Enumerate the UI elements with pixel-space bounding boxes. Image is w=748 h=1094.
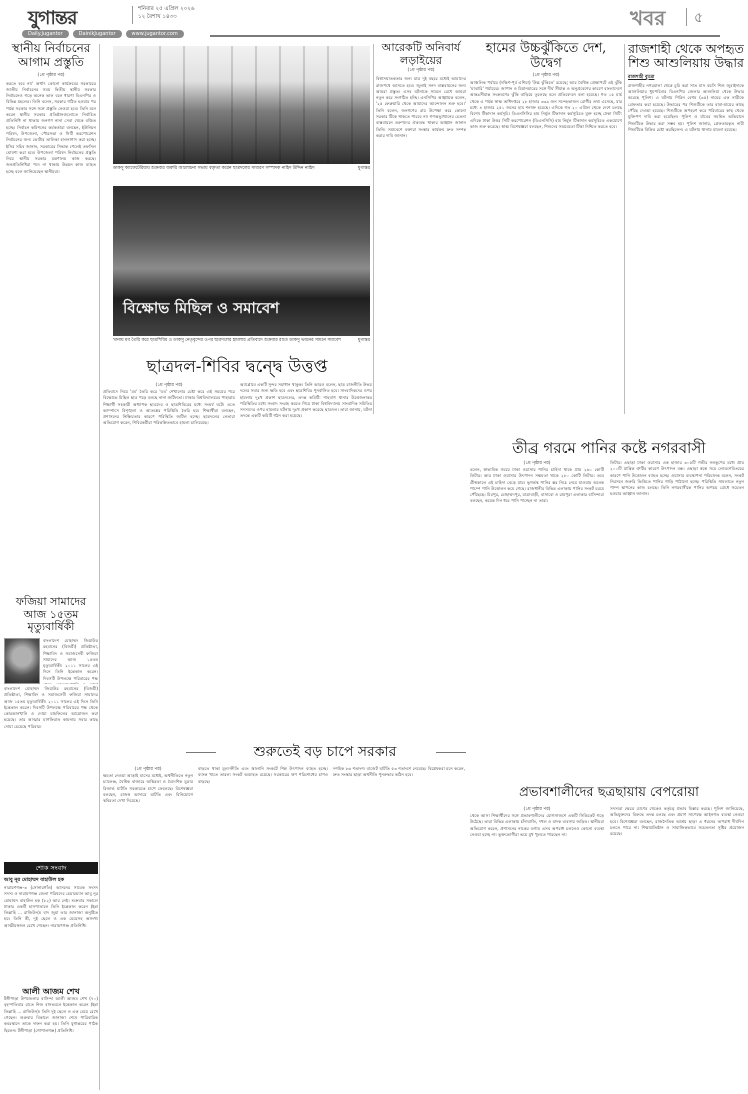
article-rajshahi: রাজশাহী থেকে অপহৃত শিশু আশুলিয়ায় উদ্ধা… xyxy=(628,42,744,413)
headline-campus-clash: ছাত্রদল-শিবির দ্বন্দ্বে উত্তপ্ত xyxy=(103,358,371,378)
article-local-election: স্থানীয় নির্বাচনের আগাম প্রস্তুতি (১ম প… xyxy=(6,42,96,581)
headline-influential: প্রভাবশালীদের ছত্রছায়ায় বেপরোয়া xyxy=(470,786,748,801)
photo-meeting xyxy=(113,46,370,164)
section-divider xyxy=(686,8,687,26)
column-divider xyxy=(373,44,374,414)
column-divider xyxy=(99,44,100,1090)
article-body: দশমিক ৮৬ শতাংশ। বাজেট ঘাটতি ৫৩ শতাংশে নে… xyxy=(333,766,465,1088)
photo-credit: যুগান্তর xyxy=(358,338,370,344)
article-campus-clash-left: (১ম পৃষ্ঠার পর) প্রতিবাদে নিয়ে 'মব' তৈর… xyxy=(103,382,235,729)
article-body: বাড়তে থাকা মূল্যস্ফীতি এবং জ্বালানি সংক… xyxy=(198,766,328,1088)
obituary-title: আবু নূর মোহাম্মদ বাহাউল হক xyxy=(4,877,98,885)
facebook-link[interactable]: Daily.Jugantor xyxy=(22,30,69,38)
photo-caption: ডাকসু ক্যাফেটেরিয়ায় শুক্রবার জরুরি আলো… xyxy=(113,166,370,172)
condolence-box-title: শোক সংবাদ xyxy=(4,862,98,874)
article-body: ক্ষমতা নেওয়া আড়াই মাসের মধ্যেই, অর্থনী… xyxy=(103,773,193,1089)
headline: স্থানীয় নির্বাচনের আগাম প্রস্তুতি xyxy=(6,42,96,70)
masthead-date: শনিবার ২৫ এপ্রিল ২০২৬ ১২ বৈশাখ ১৪৩৩ xyxy=(138,5,194,21)
obituary-body: নারায়ণগঞ্জ-৩ (সোনারগাঁও) আসনের সাবেক সং… xyxy=(4,885,98,985)
article-body: রাজশাহীর নগরমালা থেকে চুরি করা সাত মাস ব… xyxy=(628,83,744,413)
article-body: অ্যাপ্লোবে একটি সুন্দর সমাধান থাকুক। তিন… xyxy=(240,382,372,728)
article-body: প্রতিবাদে নিয়ে 'মব' তৈরি করে 'ডব' শেখান… xyxy=(103,389,235,729)
photo-caption: খানায় মব তৈরি করে ছাত্রশিবির ও ডাকসু নে… xyxy=(113,338,370,344)
banner-text: বিক্ষোভ মিছিল ও সমাবেশ xyxy=(123,297,279,322)
article-body: থেকে আসা শিক্ষার্থীদের সঙ্গে প্রভাবশালীদ… xyxy=(470,813,604,1089)
article-body-continued: বাংলাদেশ মোহাম্মদ জিয়াউর রহমানের (বিজয়… xyxy=(4,686,98,826)
continued-label: (১ম পৃষ্ঠার পর) xyxy=(6,72,96,79)
continued-label: (১ম পৃষ্ঠার পর) xyxy=(103,382,235,389)
website-link[interactable]: www.jugantor.com xyxy=(126,30,184,38)
page-number: ৫ xyxy=(694,6,703,30)
headline-rule xyxy=(436,752,466,753)
article-pressure-col3: দশমিক ৮৬ শতাংশ। বাজেট ঘাটতি ৫৩ শতাংশে নে… xyxy=(333,766,465,1088)
article-body: লিটার। এছাড়া ঢাকা ওয়াসার এক হাজার ৩০৫ট… xyxy=(610,460,744,756)
obituary-title: আলী আজম শেখ xyxy=(4,987,98,996)
gregorian-date: শনিবার ২৫ এপ্রিল ২০২৬ xyxy=(138,5,194,13)
portrait-photo xyxy=(4,638,40,684)
continued-label: (১ম পৃষ্ঠার পর) xyxy=(470,806,604,813)
continued-label: (১ম পৃষ্ঠার পর) xyxy=(103,766,193,773)
article-another-fight: আরেকটি অনিবার্য লড়াইয়ের (১ম পৃষ্ঠার পর… xyxy=(376,42,466,456)
headline: ফজিয়া সামাদের আজ ১৫তম মৃত্যুবার্ষিকী xyxy=(4,596,98,634)
caption-text: খানায় মব তৈরি করে ছাত্রশিবির ও ডাকসু নে… xyxy=(113,338,341,343)
article-body: বলেন, স্বাভাবিক সময়ে ঢাকা ওয়াসার পানির… xyxy=(470,467,604,757)
bengali-date: ১২ বৈশাখ ১৪৩৩ xyxy=(138,13,194,21)
headline: রাজশাহী থেকে অপহৃত শিশু আশুলিয়ায় উদ্ধা… xyxy=(628,42,744,71)
article-pressure-col2: বাড়তে থাকা মূল্যস্ফীতি এবং জ্বালানি সংক… xyxy=(198,766,328,1088)
caption-text: ডাকসু ক্যাফেটেরিয়ায় শুক্রবার জরুরি আলো… xyxy=(113,166,315,171)
headline-heat-water: তীব্র গরমে পানির কষ্টে নগরবাসী xyxy=(470,440,748,457)
condolence-section: শোক সংবাদ আবু নূর মোহাম্মদ বাহাউল হক নার… xyxy=(4,862,98,1086)
article-heat-left: (১ম পৃষ্ঠার পর) বলেন, স্বাভাবিক সময়ে ঢা… xyxy=(470,460,604,757)
article-body: করতে হবে না।' অর্থাৎ কোনো কার্যক্রমের সর… xyxy=(6,81,96,581)
article-body: সদস্যরা ক্ষেত্রে ত্রাণের থেকেও কর্তৃত্বে… xyxy=(610,806,744,1088)
headline: আরেকটি অনিবার্য লড়াইয়ের xyxy=(376,42,466,67)
article-heat-right: লিটার। এছাড়া ঢাকা ওয়াসার এক হাজার ৩০৫ট… xyxy=(610,460,744,756)
continued-label: (১ম পৃষ্ঠার পর) xyxy=(470,460,604,467)
masthead-divider xyxy=(132,6,133,24)
article-campus-clash-right: অ্যাপ্লোবে একটি সুন্দর সমাধান থাকুক। তিন… xyxy=(240,382,372,728)
column-divider xyxy=(624,44,625,414)
continued-label: (১ম পৃষ্ঠার পর) xyxy=(376,67,466,74)
twitter-link[interactable]: DainikJugantor xyxy=(73,30,122,38)
article-measles: হামের উচ্চঝুঁকিতে দেশ, উদ্বেগ (১ম পৃষ্ঠা… xyxy=(470,42,622,440)
article-influential-right: সদস্যরা ক্ষেত্রে ত্রাণের থেকেও কর্তৃত্বে… xyxy=(610,806,744,1088)
section-title: খবর xyxy=(630,4,665,37)
obituary-body: টঙ্গীপাড়া উপজেলার বাসিন্দা আলী আজম শেখ … xyxy=(4,996,98,1086)
byline: রাজশাহী ব্যুরো xyxy=(628,74,744,81)
article-anniversary: ফজিয়া সামাদের আজ ১৫তম মৃত্যুবার্ষিকী বা… xyxy=(4,596,98,826)
photo-rally: বিক্ষোভ মিছিল ও সমাবেশ xyxy=(113,186,370,336)
article-pressure-col1: (১ম পৃষ্ঠার পর) ক্ষমতা নেওয়া আড়াই মাসে… xyxy=(103,766,193,1089)
headline: হামের উচ্চঝুঁকিতে দেশ, উদ্বেগ xyxy=(470,42,622,72)
article-body: বিশ্বাসঘাতকতার জন্য মাত্র দুই বছরে মধ্যে… xyxy=(376,76,466,456)
headline-pressure: শুরুতেই বড় চাপে সরকার xyxy=(186,744,464,760)
social-links: Daily.Jugantor DainikJugantor www.jugant… xyxy=(22,30,184,38)
continued-label: (১ম পৃষ্ঠার পর) xyxy=(470,72,622,79)
article-body: আঞ্চলিক পর্যায়ে (দক্ষিণ-পূর্ব এশিয়া) '… xyxy=(470,80,622,440)
article-body: বাংলাদেশ মোহাম্মদ জিয়াউর রহমানের (বিজয়… xyxy=(43,638,98,684)
article-influential-left: (১ম পৃষ্ঠার পর) থেকে আসা শিক্ষার্থীদের স… xyxy=(470,806,604,1089)
photo-credit: যুগান্তর xyxy=(358,166,370,172)
